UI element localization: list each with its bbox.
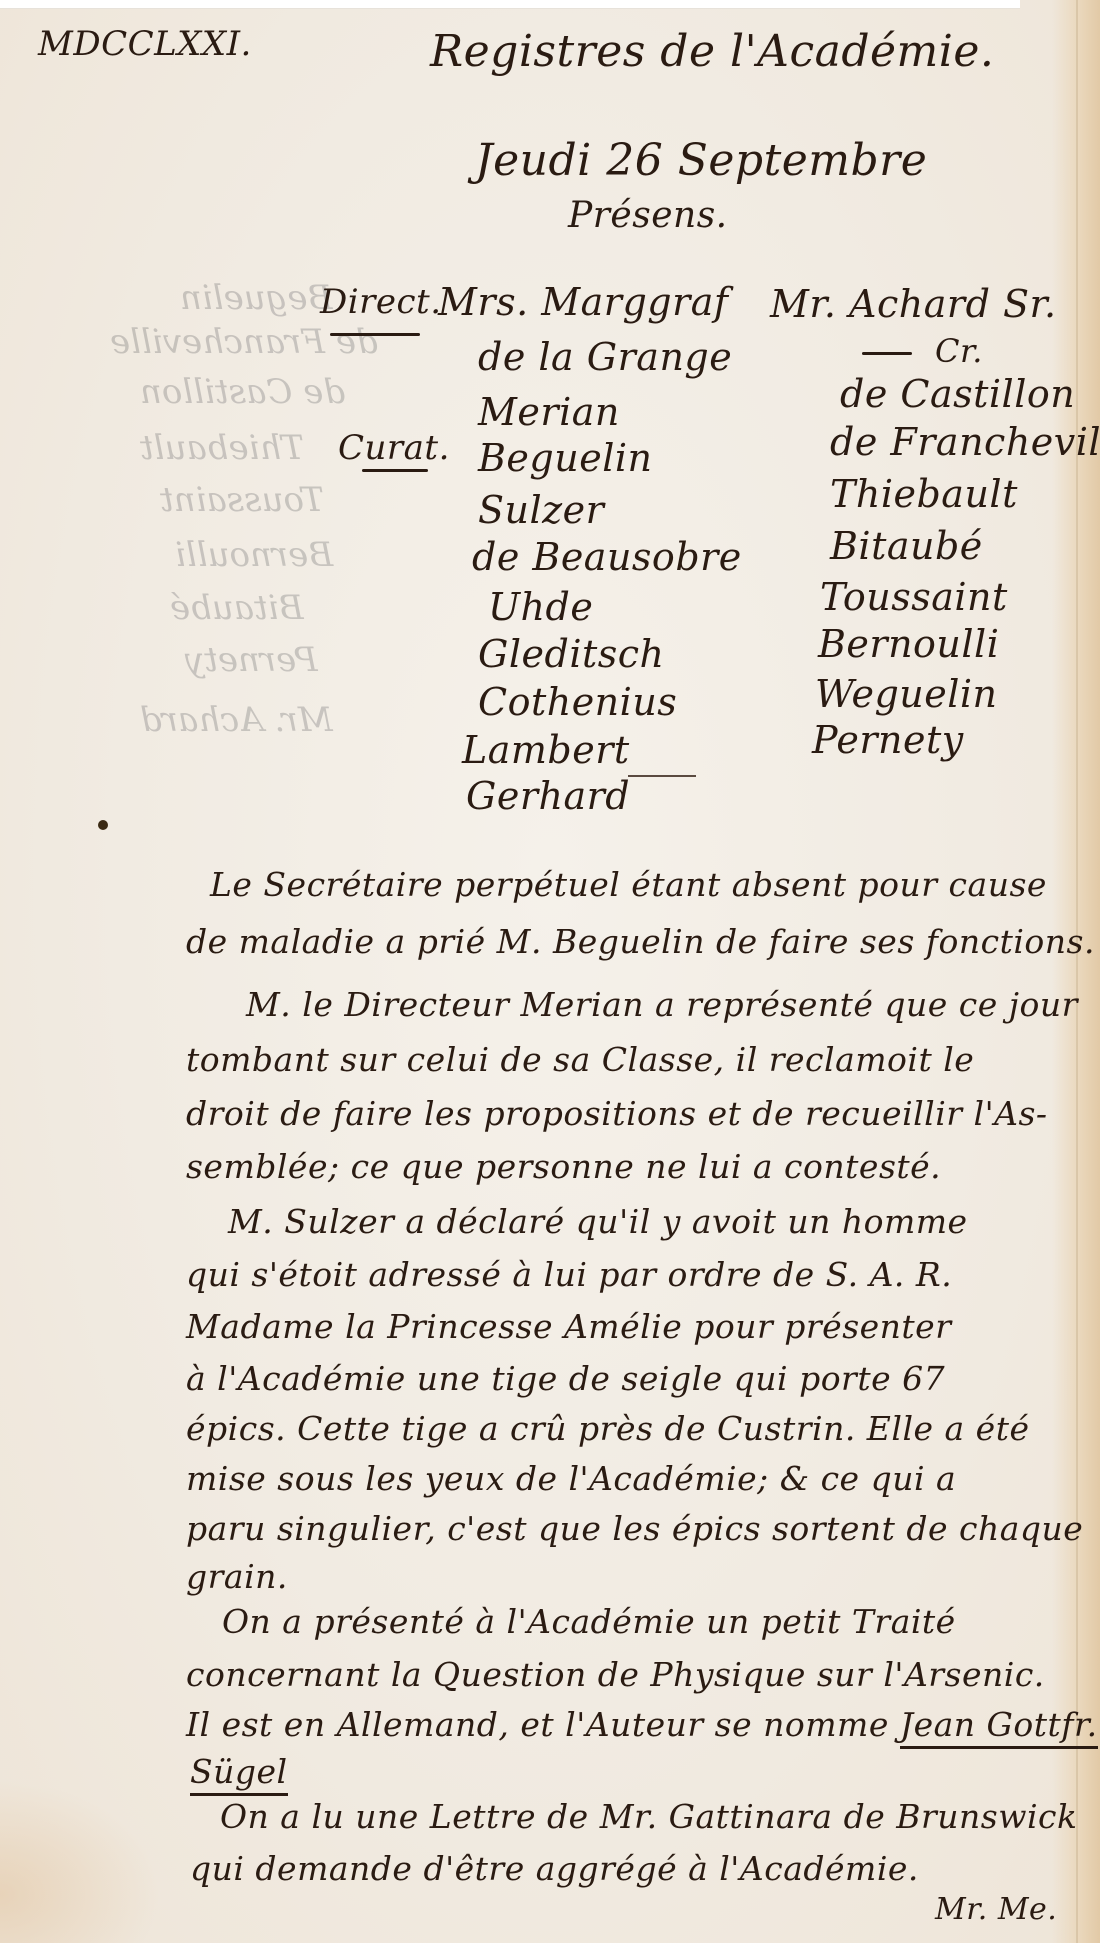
- register-title: Registres de l'Académie.: [430, 26, 994, 77]
- attendee: de Francheville: [830, 420, 1100, 464]
- role-underline: [330, 333, 420, 336]
- role-underline: [362, 469, 428, 472]
- attendee: Thiebault: [830, 472, 1018, 516]
- page-top-edge: [0, 0, 1020, 9]
- body-line: On a lu une Lettre de Mr. Gattinara de B…: [220, 1800, 1077, 1833]
- body-line: M. le Directeur Merian a représenté que …: [246, 988, 1078, 1021]
- body-line: mise sous les yeux de l'Académie; & ce q…: [186, 1462, 956, 1495]
- body-line: qui demande d'être aggrégé à l'Académie.: [190, 1852, 919, 1885]
- catchword: Mr. Me.: [935, 1895, 1057, 1925]
- attendee: Beguelin: [478, 436, 652, 480]
- body-line: qui s'étoit adressé à lui par ordre de S…: [186, 1258, 952, 1291]
- body-line: Madame la Princesse Amélie pour présente…: [186, 1310, 951, 1343]
- ghost-line: Bitaubé: [170, 588, 304, 628]
- ghost-line: Pernety: [185, 640, 318, 680]
- ghost-line: de Francheville: [110, 322, 378, 362]
- body-line: Le Secrétaire perpétuel étant absent pou…: [210, 868, 1047, 901]
- body-line: grain.: [186, 1560, 288, 1593]
- body-line: de maladie a prié M. Beguelin de faire s…: [186, 925, 1095, 958]
- body-line: à l'Académie une tige de seigle qui port…: [186, 1362, 945, 1395]
- body-line: semblée; ce que personne ne lui a contes…: [186, 1150, 941, 1183]
- page-fold-line: [1076, 0, 1078, 1943]
- presens-heading: Présens.: [568, 195, 728, 236]
- ghost-line: Mr. Achard: [140, 700, 333, 740]
- body-line: droit de faire les propositions et de re…: [186, 1097, 1048, 1130]
- attendee: Cothenius: [478, 680, 677, 724]
- attendee: Pernety: [812, 718, 964, 762]
- body-line: M. Sulzer a déclaré qu'il y avoit un hom…: [228, 1205, 968, 1238]
- attendee: Merian: [478, 390, 620, 434]
- attendee: Mr. Achard Sr.: [770, 282, 1057, 326]
- attendee: Bitaubé: [830, 524, 983, 568]
- role-director: Direct.: [320, 282, 442, 322]
- attendee: Toussaint: [820, 575, 1008, 619]
- body-line: épics. Cette tige a crû près de Custrin.…: [186, 1412, 1030, 1445]
- ink-blot: [98, 820, 108, 830]
- body-line: Il est en Allemand, et l'Auteur se nomme…: [186, 1708, 1098, 1741]
- manuscript-page: Beguelin de Francheville de Castillon Th…: [0, 0, 1100, 1943]
- attendee: de Beausobre: [472, 535, 742, 579]
- ditto-dash: [862, 352, 912, 355]
- body-line-text: Il est en Allemand, et l'Auteur se nomme: [186, 1705, 889, 1744]
- body-line: tombant sur celui de sa Classe, il recla…: [186, 1043, 974, 1076]
- attendee: Weguelin: [815, 672, 998, 716]
- author-surname-underlined: Sügel: [190, 1752, 288, 1796]
- attendee: Lambert: [462, 728, 630, 772]
- body-line: Sügel: [190, 1755, 288, 1788]
- attendee: Bernoulli: [818, 622, 999, 666]
- ghost-line: Thiebault: [140, 428, 304, 468]
- attendee: Mrs. Marggraf: [438, 280, 729, 324]
- ghost-line: de Castillon: [140, 372, 345, 412]
- attendee: Gerhard: [466, 774, 630, 818]
- ghost-line: Beguelin: [180, 278, 333, 318]
- paper-stain: [0, 1780, 160, 1943]
- attendee: de Castillon: [840, 372, 1075, 416]
- attendee: de la Grange: [478, 335, 732, 379]
- year-roman-numeral: MDCCLXXI.: [38, 24, 252, 64]
- body-line: paru singulier, c'est que les épics sort…: [186, 1512, 1083, 1545]
- ghost-line: Toussaint: [160, 480, 324, 520]
- body-line: concernant la Question de Physique sur l…: [186, 1658, 1045, 1691]
- attendee: Cr.: [935, 332, 983, 370]
- ghost-line: Bernoulli: [175, 535, 333, 575]
- author-name-underlined: Jean Gottfr.: [900, 1705, 1098, 1749]
- meeting-date: Jeudi 26 Septembre: [475, 135, 927, 186]
- column-end-dash: [628, 775, 696, 777]
- role-curator: Curat.: [338, 428, 450, 468]
- body-line: On a présenté à l'Académie un petit Trai…: [222, 1605, 956, 1638]
- attendee: Uhde: [488, 585, 593, 629]
- attendee: Sulzer: [478, 488, 604, 532]
- attendee: Gleditsch: [478, 632, 665, 676]
